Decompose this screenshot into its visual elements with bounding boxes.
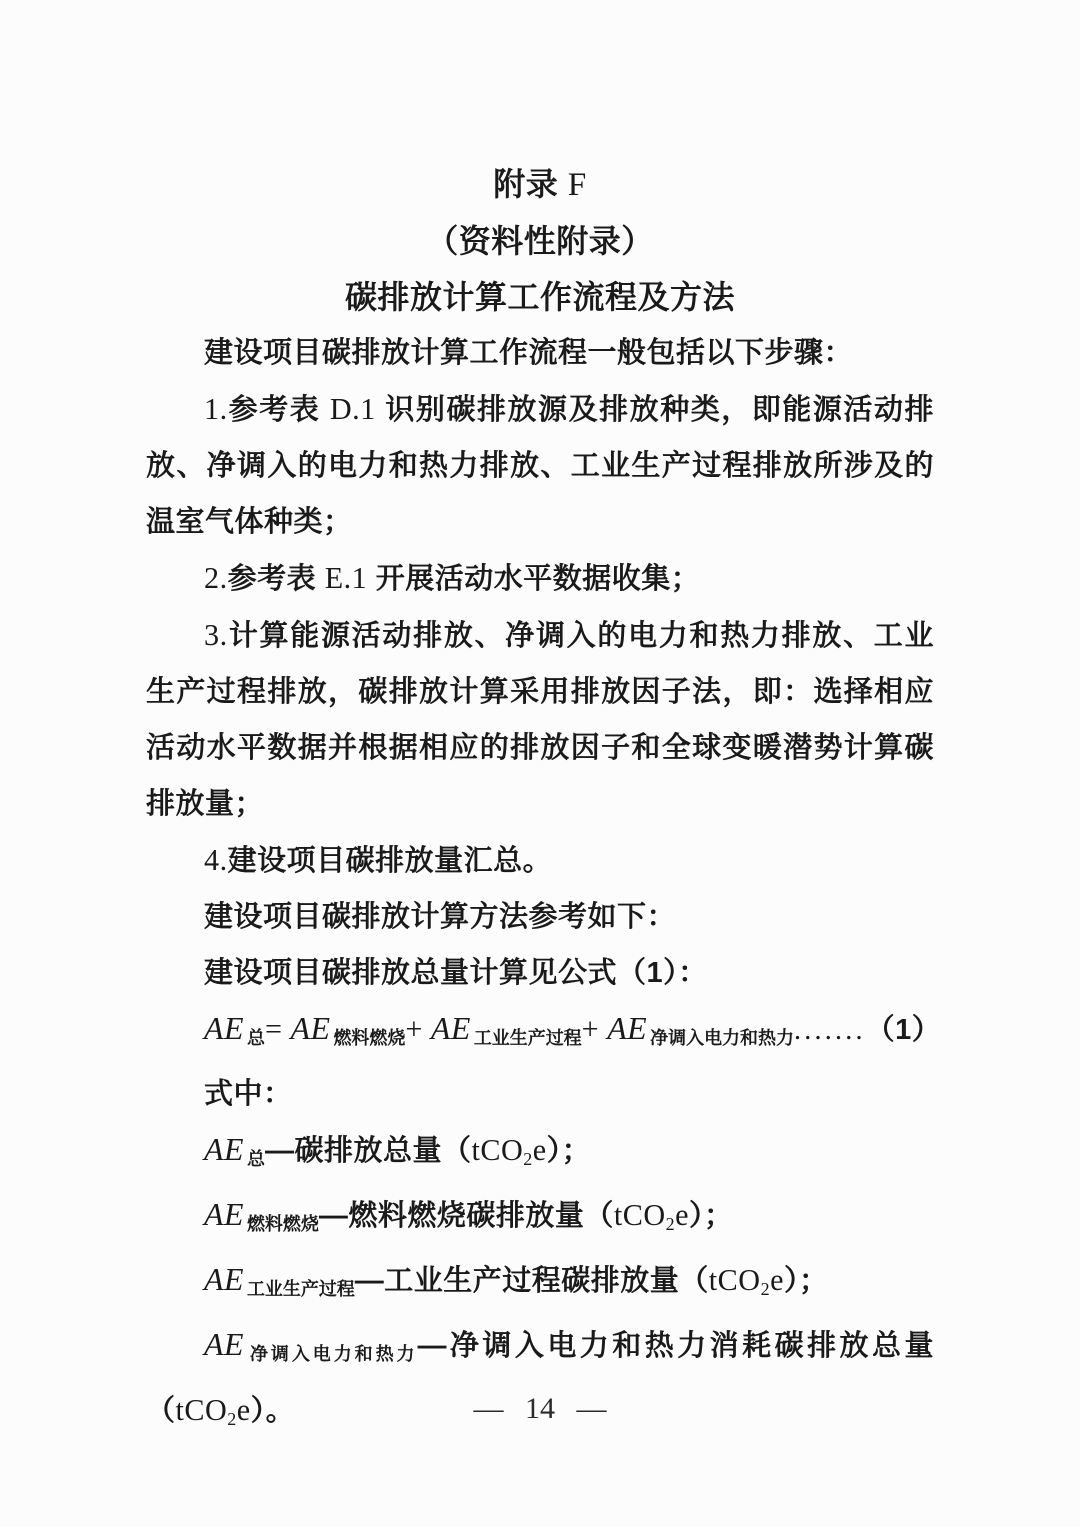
appendix-label: 附录 F [146, 156, 934, 213]
definition-ae-fuel-combustion: AE燃料燃烧—燃料燃烧碳排放量（tCO2e）； [146, 1187, 934, 1252]
definition-ae-total: AE总—碳排放总量（tCO2e）； [146, 1122, 934, 1187]
document-page: 附录 F （资料性附录） 碳排放计算工作流程及方法 建设项目碳排放计算工作流程一… [0, 0, 1080, 1527]
intro-paragraph: 建设项目碳排放计算工作流程一般包括以下步骤： [146, 325, 934, 381]
step-3: 3.计算能源活动排放、净调入的电力和热力排放、工业生产过程排放，碳排放计算采用排… [146, 607, 934, 832]
step-2: 2.参考表 E.1 开展活动水平数据收集； [146, 550, 934, 607]
step-4: 4.建设项目碳排放量汇总。 [146, 832, 934, 889]
page-number: — 14 — [0, 1392, 1080, 1426]
appendix-title: 碳排放计算工作流程及方法 [146, 269, 934, 325]
step-1: 1.参考表 D.1 识别碳排放源及排放种类，即能源活动排放、净调入的电力和热力排… [146, 381, 934, 550]
appendix-type-label: （资料性附录） [146, 213, 934, 269]
definition-ae-industrial-process: AE工业生产过程—工业生产过程碳排放量（tCO2e）； [146, 1252, 934, 1317]
definition-ae-net-imported-power-heat: AE净调入电力和热力—净调入电力和热力消耗碳排放总量（tCO2e）。 [146, 1317, 934, 1447]
formula-intro: 建设项目碳排放总量计算见公式（1）： [146, 945, 934, 1001]
formula-1: AE总= AE燃料燃烧+ AE工业生产过程+ AE净调入电力和热力.......… [146, 1001, 934, 1066]
method-intro: 建设项目碳排放计算方法参考如下： [146, 889, 934, 945]
formula-where-label: 式中： [146, 1066, 934, 1122]
